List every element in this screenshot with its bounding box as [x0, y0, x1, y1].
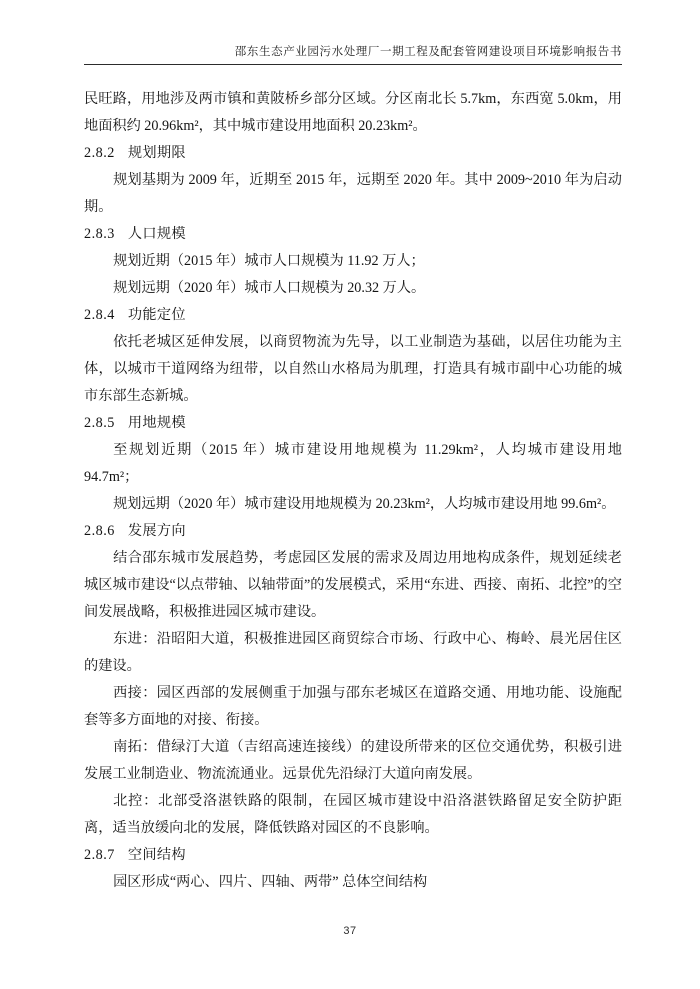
section-number: 2.8.4	[84, 307, 115, 323]
document-body: 民旺路，用地涉及两市镇和黄陂桥乡部分区域。分区南北长 5.7km，东西宽 5.0…	[84, 86, 622, 896]
paragraph: 依托老城区延伸发展，以商贸物流为先导，以工业制造为基础，以居住功能为主体，以城市…	[84, 329, 622, 410]
page-number: 37	[343, 925, 356, 937]
paragraph: 规划远期（2020 年）城市建设用地规模为 20.23km²，人均城市建设用地 …	[84, 491, 622, 518]
paragraph: 规划远期（2020 年）城市人口规模为 20.32 万人。	[84, 275, 622, 302]
section-title: 规划期限	[128, 145, 186, 161]
paragraph: 规划近期（2015 年）城市人口规模为 11.92 万人；	[84, 248, 622, 275]
paragraph: 东进：沿昭阳大道，积极推进园区商贸综合市场、行政中心、梅岭、晨光居住区的建设。	[84, 626, 622, 680]
section-title: 功能定位	[128, 307, 186, 323]
section-title: 发展方向	[128, 523, 186, 539]
section-heading: 2.8.4功能定位	[84, 302, 622, 329]
paragraph: 西接：园区西部的发展侧重于加强与邵东老城区在道路交通、用地功能、设施配套等多方面…	[84, 680, 622, 734]
paragraph: 北控：北部受洛湛铁路的限制，在园区城市建设中沿洛湛铁路留足安全防护距离，适当放缓…	[84, 788, 622, 842]
section-number: 2.8.2	[84, 145, 115, 161]
paragraph: 至规划近期（2015 年）城市建设用地规模为 11.29km²，人均城市建设用地…	[84, 437, 622, 491]
section-number: 2.8.3	[84, 226, 115, 242]
paragraph: 结合邵东城市发展趋势，考虑园区发展的需求及周边用地构成条件，规划延续老城区城市建…	[84, 545, 622, 626]
section-heading: 2.8.2规划期限	[84, 140, 622, 167]
section-number: 2.8.5	[84, 415, 115, 431]
paragraph: 园区形成“两心、四片、四轴、两带” 总体空间结构	[84, 869, 622, 896]
section-title: 空间结构	[128, 847, 186, 863]
section-title: 用地规模	[128, 415, 186, 431]
paragraph: 民旺路，用地涉及两市镇和黄陂桥乡部分区域。分区南北长 5.7km，东西宽 5.0…	[84, 86, 622, 140]
section-number: 2.8.7	[84, 847, 115, 863]
page-footer: 37	[0, 921, 700, 939]
section-heading: 2.8.3人口规模	[84, 221, 622, 248]
paragraph: 规划基期为 2009 年，近期至 2015 年，远期至 2020 年。其中 20…	[84, 167, 622, 221]
section-heading: 2.8.5用地规模	[84, 410, 622, 437]
section-heading: 2.8.6发展方向	[84, 518, 622, 545]
section-number: 2.8.6	[84, 523, 115, 539]
header-rule	[84, 64, 622, 65]
page-header: 邵东生态产业园污水处理厂一期工程及配套管网建设项目环境影响报告书	[84, 0, 622, 65]
section-title: 人口规模	[128, 226, 186, 242]
document-header-title: 邵东生态产业园污水处理厂一期工程及配套管网建设项目环境影响报告书	[84, 45, 622, 64]
paragraph: 南拓：借绿汀大道（吉绍高速连接线）的建设所带来的区位交通优势，积极引进发展工业制…	[84, 734, 622, 788]
section-heading: 2.8.7空间结构	[84, 842, 622, 869]
